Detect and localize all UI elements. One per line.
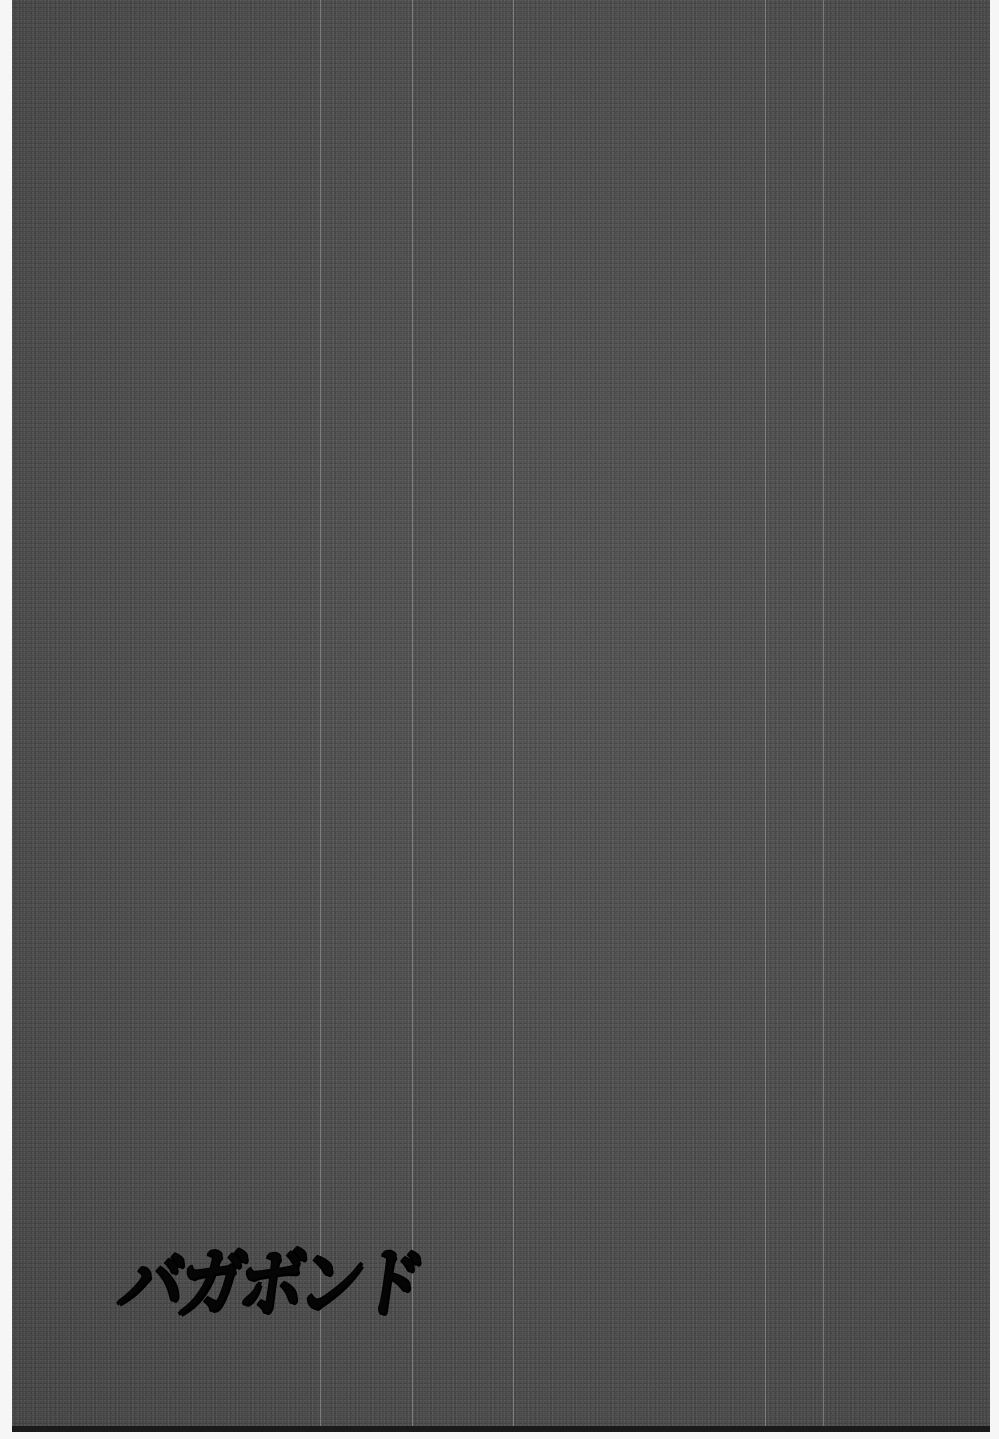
manga-page: バガボンド — [0, 0, 999, 1439]
title-logo: バガボンド — [112, 1222, 427, 1331]
textured-gray-panel — [12, 0, 990, 1432]
vertical-streak — [823, 0, 824, 1426]
vertical-streak — [412, 0, 413, 1426]
vertical-streak — [320, 0, 321, 1426]
vertical-streak — [765, 0, 766, 1426]
vertical-streak — [513, 0, 514, 1426]
